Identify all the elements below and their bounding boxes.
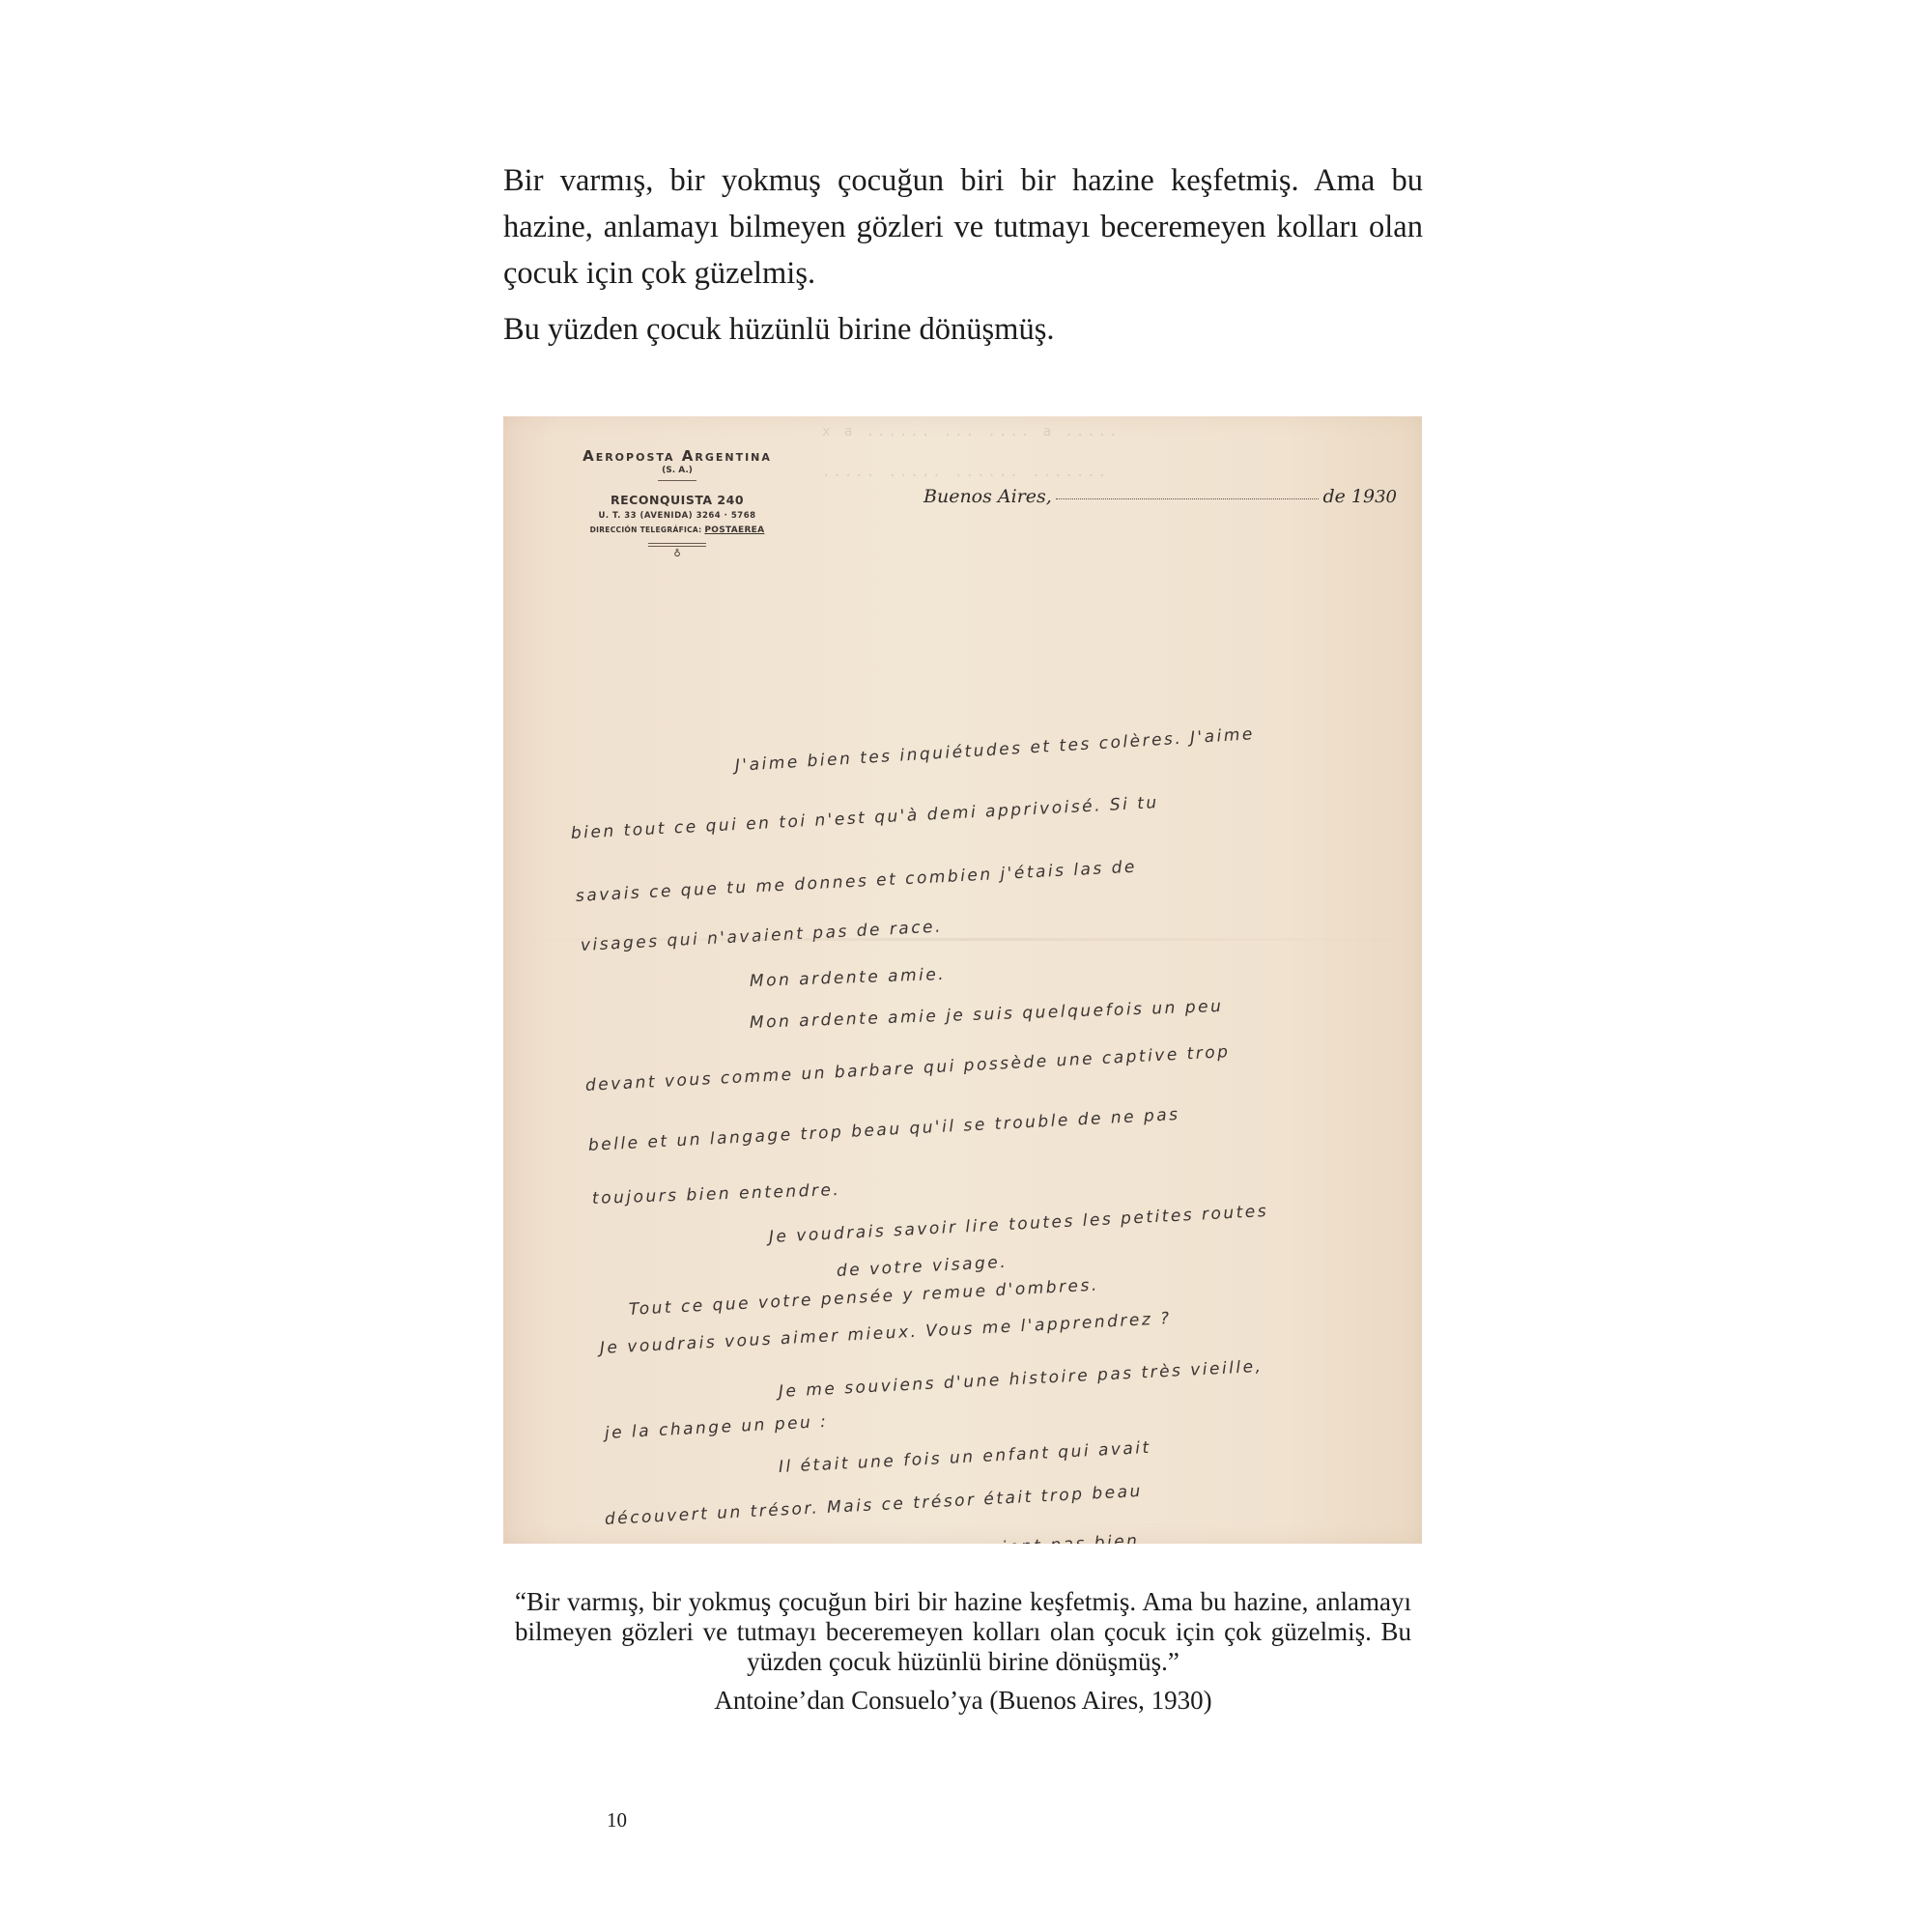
letterhead-street: RECONQUISTA 240 (561, 493, 793, 507)
letterhead-divider (658, 480, 696, 481)
letterhead: Aeroposta Argentina (S. A.) RECONQUISTA … (561, 447, 793, 559)
handwritten-line: pour un enfant dont les yeux ne savaient… (607, 1531, 1139, 1544)
body-text: Bir varmış, bir yokmuş çocuğun biri bir … (503, 157, 1423, 353)
handwritten-line: devant vous comme un barbare qui possède… (584, 1042, 1230, 1095)
letterhead-phone: U. T. 33 (AVENIDA) 3264 · 5768 (561, 511, 793, 521)
bleed-through-text: x a ...... ... .... a ..... (822, 424, 1121, 440)
caption-attribution: Antoine’dan Consuelo’ya (Buenos Aires, 1… (503, 1686, 1423, 1716)
handwritten-line: je la change un peu : (604, 1412, 828, 1443)
dateline-suffix: de 19 (1322, 486, 1375, 507)
page-number: 10 (607, 1808, 627, 1833)
handwritten-line: Je voudrais savoir lire toutes les petit… (768, 1202, 1268, 1247)
letterhead-double-rule (648, 543, 706, 547)
body-paragraph: Bir varmış, bir yokmuş çocuğun biri bir … (503, 157, 1423, 297)
handwritten-line: toujours bien entendre. (592, 1180, 841, 1208)
book-page: Bir varmış, bir yokmuş çocuğun biri bir … (0, 0, 1932, 1932)
handwritten-line: Mon ardente amie. (750, 965, 947, 991)
handwritten-line: Il était une fois un enfant qui avait (778, 1438, 1151, 1477)
handwritten-line: découvert un trésor. Mais ce trésor étai… (604, 1482, 1143, 1529)
telegraph-label: DIRECCIÓN TELEGRÁFICA: (590, 526, 702, 534)
letterhead-company: Aeroposta Argentina (561, 447, 793, 465)
letterhead-telegraph: DIRECCIÓN TELEGRÁFICA: POSTAEREA (561, 526, 793, 535)
dateline: Buenos Aires, de 1930 (923, 486, 1397, 507)
emblem-icon: ♁ (561, 549, 793, 559)
handwritten-line: bien tout ce qui en toi n'est qu'à demi … (570, 793, 1159, 843)
telegraph-address: POSTAEREA (704, 526, 764, 535)
handwritten-line: belle et un langage trop beau qu'il se t… (587, 1105, 1180, 1155)
handwritten-line: J'aime bien tes inquiétudes et tes colèr… (734, 724, 1255, 776)
handwritten-line: Je me souviens d'une histoire pas très v… (778, 1357, 1263, 1402)
dateline-blank (1056, 497, 1320, 499)
handwritten-line: Tout ce que votre pensée y remue d'ombre… (628, 1276, 1099, 1320)
letterhead-company-suffix: (S. A.) (561, 466, 793, 475)
dateline-city: Buenos Aires, (923, 486, 1052, 507)
handwritten-line: visages qui n'avaient pas de race. (580, 917, 943, 955)
bleed-through-text: ..... ..... ...... ....... (822, 465, 1109, 480)
handwritten-line: de votre visage. (836, 1253, 1008, 1281)
letter-facsimile-image: x a ...... ... .... a ..... ..... ..... … (503, 416, 1422, 1544)
body-paragraph: Bu yüzden çocuk hüzünlü birine dönüşmüş. (503, 306, 1423, 353)
figure-caption: “Bir varmış, bir yokmuş çocuğun biri bir… (503, 1587, 1423, 1716)
handwritten-line: Mon ardente amie je suis quelquefois un … (750, 997, 1224, 1033)
dateline-year: 30 (1375, 487, 1397, 507)
handwritten-line: savais ce que tu me donnes et combien j'… (575, 858, 1137, 906)
caption-quote: “Bir varmış, bir yokmuş çocuğun biri bir… (503, 1587, 1423, 1677)
